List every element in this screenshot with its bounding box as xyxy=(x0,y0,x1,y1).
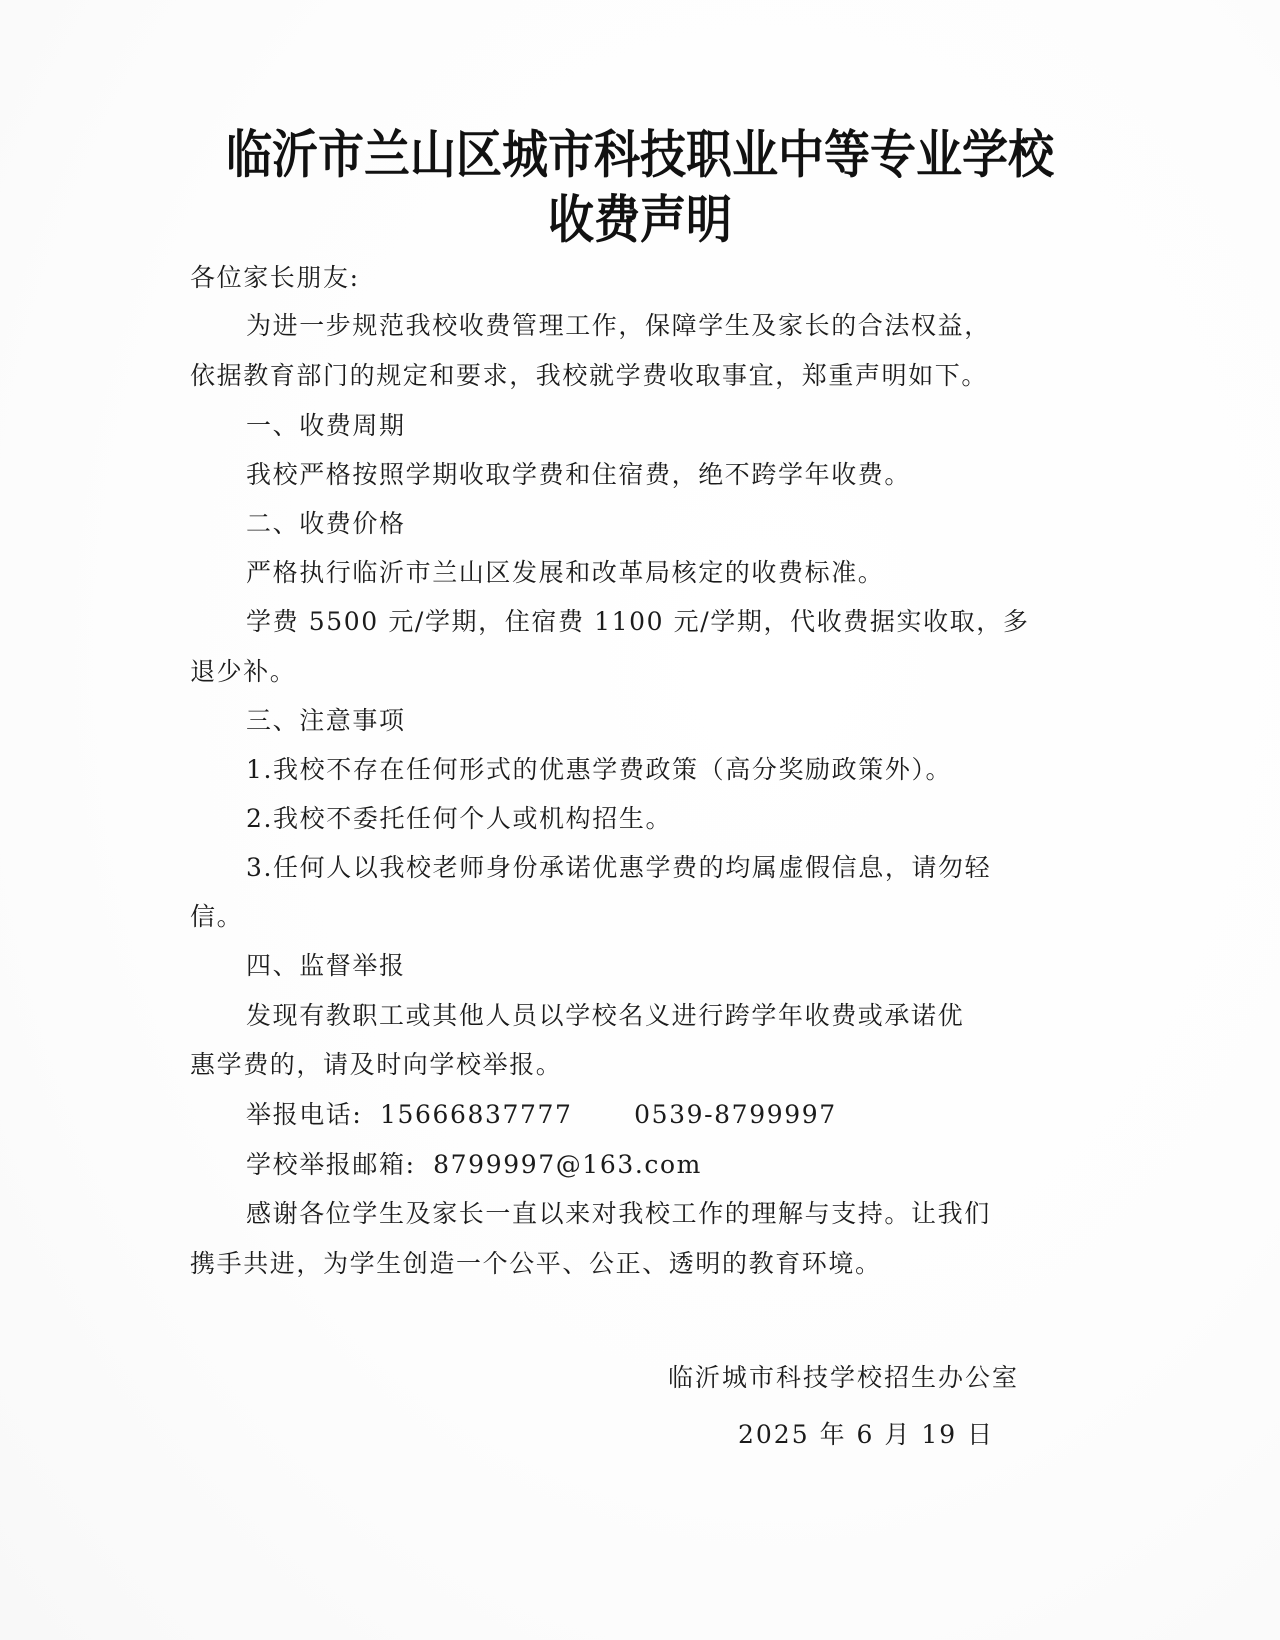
section-2-line-3: 退少补。 xyxy=(190,652,296,688)
phone-number-2: 0539-8799997 xyxy=(634,1100,837,1129)
signature-date: 2025 年 6 月 19 日 xyxy=(738,1415,994,1451)
signature-office: 临沂城市科技学校招生办公室 xyxy=(668,1358,1019,1394)
section-2-line-1: 严格执行临沂市兰山区发展和改革局核定的收费标准。 xyxy=(246,553,884,589)
section-heading-3: 三、注意事项 xyxy=(246,701,406,737)
phone-label: 举报电话: xyxy=(246,1100,362,1129)
section-3-line-1: 1.我校不存在任何形式的优惠学费政策（高分奖励政策外）。 xyxy=(246,750,952,786)
phone-number-1: 15666837777 xyxy=(380,1100,573,1129)
salutation: 各位家长朋友: xyxy=(190,258,360,294)
intro-line-1: 为进一步规范我校收费管理工作，保障学生及家长的合法权益， xyxy=(246,306,991,342)
section-heading-2: 二、收费价格 xyxy=(246,504,406,540)
section-3-line-2: 2.我校不委托任何个人或机构招生。 xyxy=(246,799,672,835)
report-email-line: 学校举报邮箱: 8799997@163.com xyxy=(246,1145,702,1181)
section-4-line-2: 惠学费的，请及时向学校举报。 xyxy=(190,1045,562,1081)
document-title: 临沂市兰山区城市科技职业中等专业学校 xyxy=(0,114,1280,188)
section-3-line-3: 3.任何人以我校老师身份承诺优惠学费的均属虚假信息，请勿轻 xyxy=(246,848,991,884)
closing-line-2: 携手共进，为学生创造一个公平、公正、透明的教育环境。 xyxy=(190,1244,882,1280)
section-heading-1: 一、收费周期 xyxy=(246,406,406,442)
email-address: 8799997@163.com xyxy=(433,1150,702,1179)
section-heading-4: 四、监督举报 xyxy=(246,946,406,982)
document-page: 临沂市兰山区城市科技职业中等专业学校 收费声明 各位家长朋友: 为进一步规范我校… xyxy=(0,0,1280,1640)
intro-line-2: 依据教育部门的规定和要求，我校就学费收取事宜，郑重声明如下。 xyxy=(190,356,988,392)
document-subtitle: 收费声明 xyxy=(0,179,1280,253)
section-4-line-1: 发现有教职工或其他人员以学校名义进行跨学年收费或承诺优 xyxy=(246,996,964,1032)
closing-line-1: 感谢各位学生及家长一直以来对我校工作的理解与支持。让我们 xyxy=(246,1194,991,1230)
email-label: 学校举报邮箱: xyxy=(246,1150,416,1179)
section-2-line-2: 学费 5500 元/学期，住宿费 1100 元/学期，代收费据实收取，多 xyxy=(246,602,1029,638)
section-1-line-1: 我校严格按照学期收取学费和住宿费，绝不跨学年收费。 xyxy=(246,455,911,491)
report-phone-line: 举报电话: 15666837777 0539-8799997 xyxy=(246,1095,837,1131)
section-3-line-4: 信。 xyxy=(190,897,243,933)
